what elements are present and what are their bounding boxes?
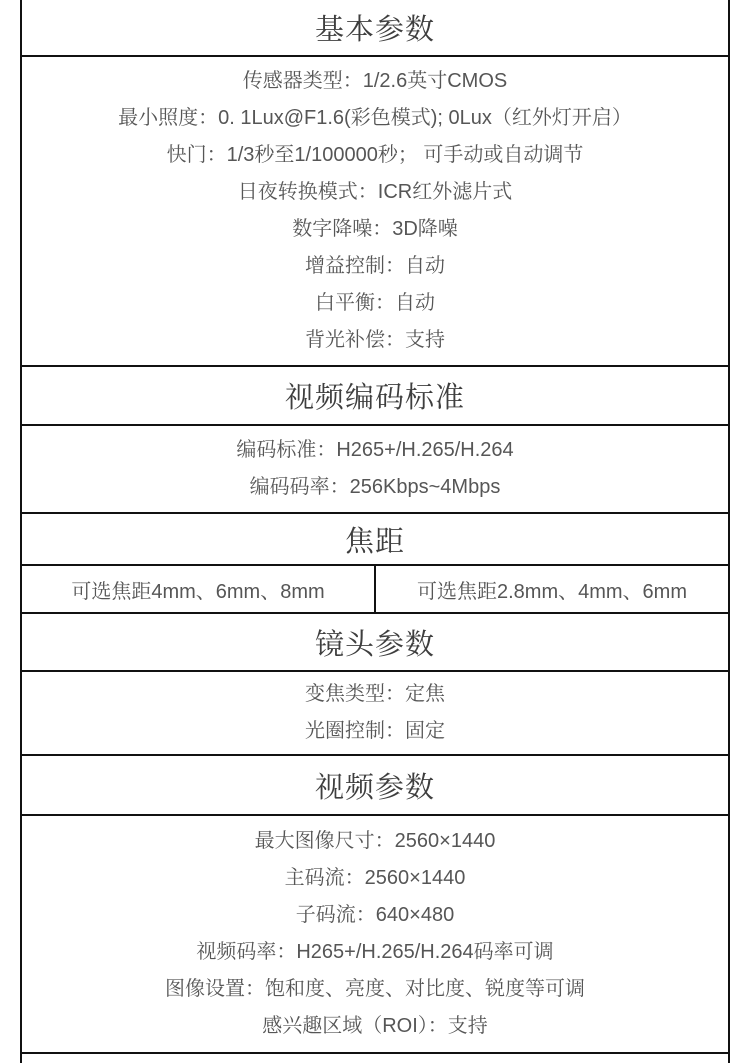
spec-row-gain-control: 增益控制：自动: [22, 248, 728, 285]
focal-length-options-row: 可选焦距4mm、6mm、8mm 可选焦距2.8mm、4mm、6mm: [22, 566, 728, 614]
spec-row-digital-noise-reduction: 数字降噪：3D降噪: [22, 211, 728, 248]
section-header-focal-length: 焦距: [22, 514, 728, 566]
section-title: 镜头参数: [315, 622, 435, 663]
spec-row-backlight-compensation: 背光补偿：支持: [22, 322, 728, 359]
spec-row-iris-control: 光圈控制：固定: [22, 713, 728, 750]
spec-table: 基本参数 传感器类型：1/2.6英寸CMOS 最小照度：0. 1Lux@F1.6…: [20, 0, 730, 1063]
spec-row-day-night-mode: 日夜转换模式：ICR红外滤片式: [22, 174, 728, 211]
spec-row-image-settings: 图像设置：饱和度、亮度、对比度、锐度等可调: [22, 971, 728, 1008]
focal-option-right: 可选焦距2.8mm、4mm、6mm: [376, 566, 728, 612]
section-header-lens-params: 镜头参数: [22, 614, 728, 672]
section-title: 基本参数: [315, 7, 435, 48]
spec-row-sensor-type: 传感器类型：1/2.6英寸CMOS: [22, 63, 728, 100]
spec-row-white-balance: 白平衡：自动: [22, 285, 728, 322]
spec-row-zoom-type: 变焦类型：定焦: [22, 676, 728, 713]
spec-row-roi: 感兴趣区域（ROI）：支持: [22, 1008, 728, 1045]
section-body-lens-params: 变焦类型：定焦 光圈控制：固定: [22, 672, 728, 756]
spec-row-video-bitrate: 视频码率：H265+/H.265/H.264码率可调: [22, 934, 728, 971]
section-body-video-encoding: 编码标准：H265+/H.265/H.264 编码码率：256Kbps~4Mbp…: [22, 426, 728, 514]
spec-row-max-image-size: 最大图像尺寸：2560×1440: [22, 823, 728, 860]
section-title: 视频参数: [315, 765, 435, 806]
section-title: 视频编码标准: [285, 375, 465, 416]
focal-option-left: 可选焦距4mm、6mm、8mm: [22, 566, 376, 612]
spec-row-sub-stream: 子码流：640×480: [22, 897, 728, 934]
section-header-video-params: 视频参数: [22, 756, 728, 816]
section-body-video-params: 最大图像尺寸：2560×1440 主码流：2560×1440 子码流：640×4…: [22, 816, 728, 1054]
section-header-basic-params: 基本参数: [22, 0, 728, 57]
next-section-sliver: [22, 1054, 728, 1063]
spec-row-encoding-standard: 编码标准：H265+/H.265/H.264: [22, 432, 728, 469]
spec-row-encoding-bitrate: 编码码率：256Kbps~4Mbps: [22, 469, 728, 506]
spec-row-shutter: 快门：1/3秒至1/100000秒； 可手动或自动调节: [22, 137, 728, 174]
section-header-video-encoding: 视频编码标准: [22, 367, 728, 426]
section-body-basic-params: 传感器类型：1/2.6英寸CMOS 最小照度：0. 1Lux@F1.6(彩色模式…: [22, 57, 728, 367]
spec-row-main-stream: 主码流：2560×1440: [22, 860, 728, 897]
section-title: 焦距: [345, 519, 405, 560]
spec-row-min-illumination: 最小照度：0. 1Lux@F1.6(彩色模式); 0Lux（红外灯开启）: [22, 100, 728, 137]
